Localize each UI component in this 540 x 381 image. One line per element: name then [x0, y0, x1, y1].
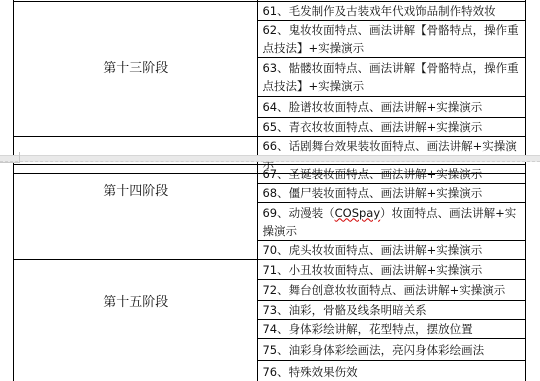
curriculum-table-page-1: 第十三阶段 61、毛发制作及古装戏年代戏饰品制作特效妆 62、鬼妆妆面特点、画法…: [13, 0, 526, 174]
item-69: 69、动漫装（COSpay）妆面特点、画法讲解+实操演示: [258, 203, 526, 241]
item-70: 70、虎头妆妆面特点、画法讲解+实操演示: [258, 241, 526, 260]
item-64: 64、脸谱妆妆面特点、画法讲解+实操演示: [258, 97, 526, 118]
item-67: 67、圣诞装妆面特点、画法讲解+实操演示: [258, 165, 526, 184]
item-73: 73、油彩，骨骼及线条明暗关系: [258, 301, 526, 320]
item-71: 71、小丑妆妆面特点、画法讲解+实操演示: [258, 260, 526, 280]
stage-13-label: 第十三阶段: [14, 2, 258, 137]
page-corner-marker: [0, 152, 20, 163]
item-68: 68、僵尸装妆面特点、画法讲解+实操演示: [258, 184, 526, 203]
stage-14-label: 第十四阶段: [14, 165, 258, 260]
item-61: 61、毛发制作及古装戏年代戏饰品制作特效妆: [258, 2, 526, 21]
item-75: 75、油彩身体彩绘画法，亮闪身体彩绘画法: [258, 339, 526, 361]
item-62: 62、鬼妆妆面特点、画法讲解【骨骼特点，操作重点技法】+实操演示: [258, 21, 526, 58]
item-74: 74、身体彩绘讲解，花型特点，摆放位置: [258, 320, 526, 339]
item-65: 65、青衣妆妆面特点、画法讲解+实操演示: [258, 118, 526, 137]
item-72: 72、舞台创意妆妆面特点、画法讲解+实操演示: [258, 280, 526, 301]
curriculum-table-page-2: 第十四阶段 67、圣诞装妆面特点、画法讲解+实操演示 68、僵尸装妆面特点、画法…: [13, 164, 526, 381]
item-63: 63、骷髅妆面特点、画法讲解【骨骼特点，操作重点技法】+实操演示: [258, 58, 526, 97]
item-69-prefix: 69、动漫装（: [262, 206, 334, 220]
item-76: 76、特殊效果伤效: [258, 361, 526, 381]
spellcheck-underlined-word[interactable]: COSpay: [335, 206, 381, 220]
page-break-separator: [0, 155, 540, 162]
stage-15-label: 第十五阶段: [14, 260, 258, 381]
